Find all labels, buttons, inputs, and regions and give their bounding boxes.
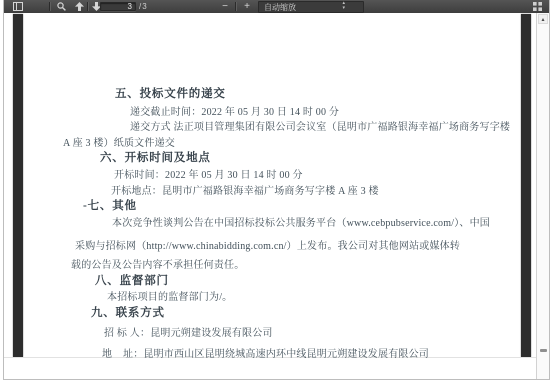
- search-icon: [57, 2, 66, 11]
- document-line: 递交截止时间：2022 年 05 月 30 日 14 时 00 分: [130, 103, 339, 118]
- page-count-label: /3: [139, 2, 148, 11]
- document-line: 九、联系方式: [91, 304, 165, 320]
- document-line: A 座 3 楼）纸质文件递交: [63, 134, 175, 149]
- scrollbar[interactable]: ▴: [536, 13, 549, 379]
- document-line: 载的公告及公告内容不承担任何责任。: [71, 256, 244, 271]
- pdf-viewer: /3 − + 自动缩放 ▴ ▾ 五、投标文件的递交: [3, 0, 550, 380]
- arrow-up-icon: [75, 2, 84, 11]
- document-line: 开标地点：昆明市广福路银海幸福广场商务写字楼 A 座 3 楼: [111, 182, 379, 197]
- document-line: 招 标 人：昆明元朔建设发展有限公司: [104, 324, 273, 339]
- zoom-in-button[interactable]: +: [240, 0, 254, 13]
- document-line: 五、投标文件的递交: [115, 85, 226, 101]
- document-line: 开标时间：2022 年 05 月 30 日 14 时 00 分: [114, 166, 303, 181]
- pdf-toolbar: /3 − + 自动缩放 ▴ ▾: [4, 0, 549, 14]
- search-button[interactable]: [55, 0, 67, 13]
- sidebar-toggle-icon: [13, 2, 23, 11]
- pdf-page: 五、投标文件的递交 递交截止时间：2022 年 05 月 30 日 14 时 0…: [4, 13, 549, 379]
- presentation-mode-button[interactable]: [531, 0, 544, 13]
- document-line: 六、开标时间及地点: [100, 149, 211, 165]
- zoom-out-button[interactable]: −: [218, 0, 232, 13]
- toolbar-divider: [87, 2, 88, 11]
- toolbar-divider: [235, 2, 236, 11]
- document-line: 本次竞争性谈判公告在中国招标投标公共服务平台（www.cebpubservice…: [112, 214, 490, 229]
- scan-edge-right: [521, 14, 531, 357]
- document-line: -七、其他: [83, 197, 137, 213]
- previous-page-button[interactable]: [73, 0, 85, 13]
- scroll-up-button[interactable]: ▴: [538, 14, 548, 24]
- document-line: 本招标项目的监督部门为/。: [107, 288, 232, 303]
- presentation-mode-icon: [533, 2, 542, 11]
- toolbar-divider: [49, 2, 50, 11]
- page-number-input[interactable]: [100, 2, 136, 11]
- document-line: 地 址：昆明市西山区昆明绕城高速内环中线昆明元朔建设发展有限公司: [102, 345, 429, 360]
- zoom-select-value: 自动缩放: [259, 2, 296, 13]
- scrollbar-thumb[interactable]: [540, 349, 547, 352]
- chevron-up-down-icon: ▴ ▾: [342, 2, 345, 12]
- scan-edge-left: [13, 14, 23, 357]
- document-line: 采购与招标网（http://www.chinabidding.com.cn/）上…: [75, 237, 460, 252]
- document-line: 八、监督部门: [95, 272, 169, 288]
- document-line: 递交方式 法正项目管理集团有限公司会议室（昆明市广福路银海幸福广场商务写字楼: [130, 118, 510, 133]
- sidebar-toggle-button[interactable]: [12, 0, 24, 13]
- zoom-select[interactable]: 自动缩放 ▴ ▾: [258, 1, 364, 13]
